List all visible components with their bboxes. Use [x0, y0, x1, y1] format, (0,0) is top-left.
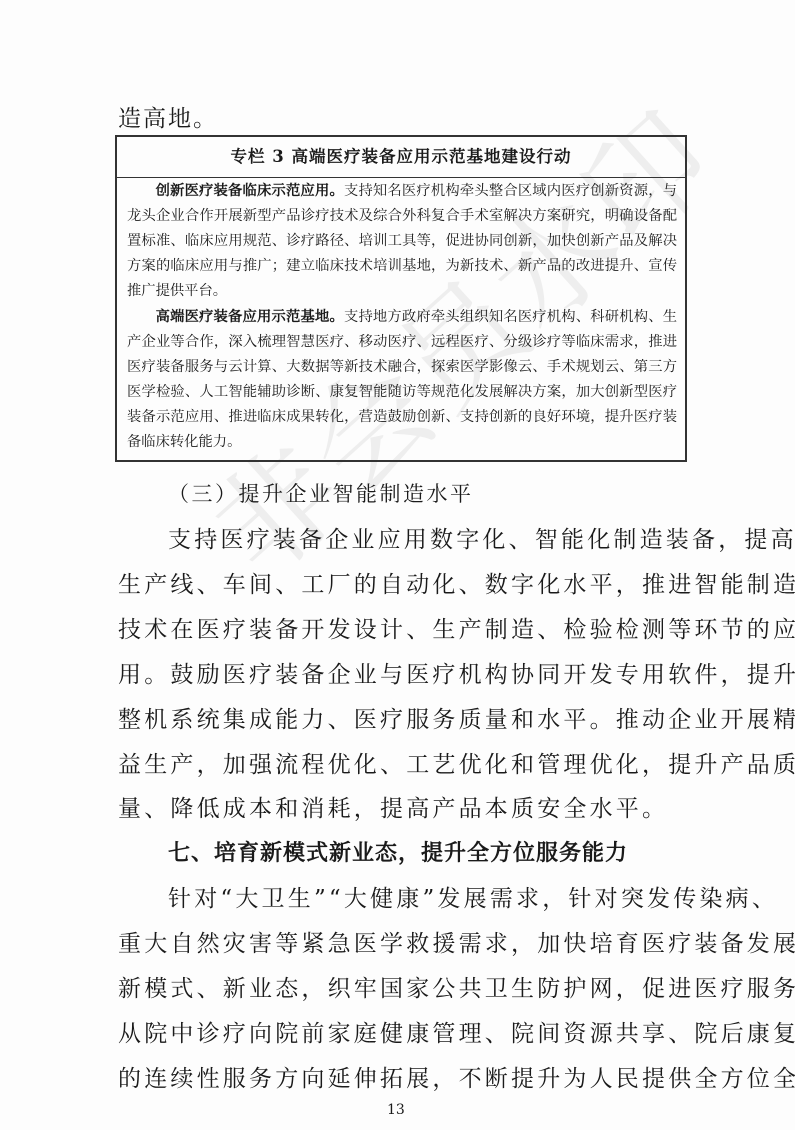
- box-title: 专栏 3 高端医疗装备应用示范基地建设行动: [117, 137, 685, 178]
- chapter-heading-7: 七、培育新模式新业态，提升全方位服务能力: [168, 836, 628, 867]
- body-line: 支持医疗装备企业应用数字化、智能化制造装备，提高: [168, 521, 795, 554]
- body-line: 用。鼓励医疗装备企业与医疗机构协同开发专用软件，提升: [118, 656, 795, 689]
- body-line: 重大自然灾害等紧急医学救援需求，加快培育医疗装备发展: [118, 925, 795, 958]
- document-page: 非会员水印 造高地。 专栏 3 高端医疗装备应用示范基地建设行动 创新医疗装备临…: [0, 0, 795, 1130]
- page-number: 13: [387, 1102, 405, 1118]
- box-paragraph: 创新医疗装备临床示范应用。支持知名医疗机构牵头整合区域内医疗创新资源，与龙头企业…: [127, 179, 677, 304]
- box-paragraph: 高端医疗装备应用示范基地。支持地方政府牵头组织知名医疗机构、科研机构、生产企业等…: [127, 305, 677, 455]
- box-body: 创新医疗装备临床示范应用。支持知名医疗机构牵头整合区域内医疗创新资源，与龙头企业…: [127, 179, 677, 456]
- body-line: 的连续性服务方向延伸拓展，不断提升为人民提供全方位全: [118, 1060, 795, 1093]
- box-paragraph-lead: 创新医疗装备临床示范应用。: [156, 183, 344, 199]
- body-line: 针对“大卫生”“大健康”发展需求，针对突发传染病、: [168, 880, 778, 913]
- section-heading-3: （三）提升企业智能制造水平: [168, 478, 474, 508]
- body-line: 从院中诊疗向院前家庭健康管理、院间资源共享、院后康复: [118, 1015, 795, 1048]
- box-paragraph-text: 支持知名医疗机构牵头整合区域内医疗创新资源，与龙头企业合作开展新型产品诊疗技术及…: [127, 183, 677, 299]
- body-line: 新模式、新业态，织牢国家公共卫生防护网，促进医疗服务: [118, 970, 795, 1003]
- sidebar-box: 专栏 3 高端医疗装备应用示范基地建设行动 创新医疗装备临床示范应用。支持知名医…: [115, 135, 687, 462]
- lead-line: 造高地。: [118, 100, 218, 133]
- box-paragraph-text: 支持地方政府牵头组织知名医疗机构、科研机构、生产企业等合作，深入梳理智慧医疗、移…: [127, 309, 677, 450]
- body-line: 整机系统集成能力、医疗服务质量和水平。推动企业开展精: [118, 701, 795, 734]
- body-line: 量、降低成本和消耗，提高产品本质安全水平。: [118, 790, 668, 823]
- body-line: 生产线、车间、工厂的自动化、数字化水平，推进智能制造: [118, 566, 795, 599]
- body-line: 益生产，加强流程优化、工艺优化和管理优化，提升产品质: [118, 746, 795, 779]
- box-paragraph-lead: 高端医疗装备应用示范基地。: [156, 309, 344, 325]
- body-line: 技术在医疗装备开发设计、生产制造、检验检测等环节的应: [118, 611, 795, 644]
